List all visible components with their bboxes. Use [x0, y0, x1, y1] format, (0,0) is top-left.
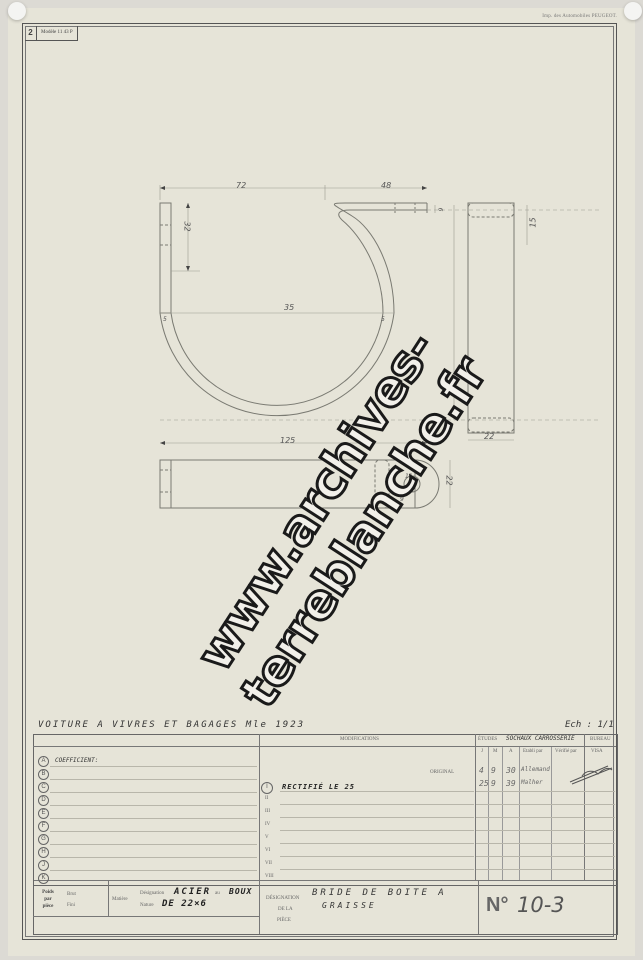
entry1-etabli: Allemand — [521, 766, 550, 773]
designation-piece-label-1: DÉSIGNATION — [266, 896, 299, 901]
row-rule — [280, 869, 474, 870]
col-m: M — [493, 749, 497, 754]
row-rule — [50, 805, 257, 806]
row-letter: B — [38, 769, 49, 780]
row-letter: E — [38, 808, 49, 819]
row-rule — [280, 804, 474, 805]
fini-label: Fini — [67, 903, 75, 908]
matiere-label: Matière — [112, 897, 128, 902]
divider — [108, 880, 109, 916]
bureau-label: BUREAU — [590, 737, 611, 742]
modification-num: VI — [265, 848, 270, 853]
row-letter: A — [38, 756, 49, 767]
col-verifie: Vérifié par — [555, 749, 577, 754]
number-prefix: N° — [486, 894, 508, 917]
row-rule — [50, 792, 257, 793]
entry2-m: 9 — [491, 779, 496, 788]
brut-label: Brut — [67, 892, 76, 897]
matiere-designation-2: BOUX — [229, 887, 252, 896]
scale-label: Ech : 1/1 — [565, 720, 614, 730]
row-rule — [50, 779, 257, 780]
dim-72: 72 — [236, 181, 246, 190]
left-strip — [160, 203, 171, 313]
dim-48: 48 — [381, 181, 391, 190]
designation-piece-label-3: PIÈCE — [277, 918, 291, 923]
divider — [502, 746, 503, 880]
row-rule — [280, 843, 474, 844]
row-letter: D — [38, 795, 49, 806]
piece-name-2: GRAISSE — [322, 901, 377, 910]
divider — [584, 734, 585, 880]
entry1-j: 4 — [479, 766, 484, 775]
dim-5-left: 5 — [163, 316, 167, 323]
modification-num: IV — [265, 822, 270, 827]
divider — [475, 734, 476, 880]
col-visa: VISA — [591, 749, 603, 754]
designation-piece-label-2: DE LA — [278, 907, 293, 912]
etudes-value: SOCHAUX CARROSSERIE — [506, 735, 575, 742]
modification-num: VII — [265, 861, 272, 866]
dim-5-right: 5 — [381, 316, 385, 323]
modification-num: V — [265, 835, 269, 840]
row-rule — [280, 830, 474, 831]
row-rule — [50, 818, 257, 819]
row-rule — [280, 856, 474, 857]
coefficient-label: COEFFICIENT: — [55, 757, 98, 764]
divider — [478, 880, 479, 934]
row-rule — [476, 869, 615, 870]
dim-22-bottom: 22 — [445, 475, 454, 485]
dim-15: 15 — [529, 217, 538, 227]
modification-num: III — [265, 809, 270, 814]
entry2-etabli: Malher — [521, 779, 543, 786]
entry1-a: 30 — [506, 766, 516, 775]
matiere-nature: DE 22×6 — [162, 899, 207, 909]
col-etabli: Etabli par — [523, 749, 543, 754]
dim-11: 11 — [405, 473, 413, 480]
row-rule — [476, 791, 615, 792]
row-letter: H — [38, 847, 49, 858]
col-j: J — [481, 749, 483, 754]
row-letter: J — [38, 860, 49, 871]
row-rule — [280, 817, 474, 818]
row-rule — [280, 791, 474, 792]
row-rule — [476, 817, 615, 818]
dim-125: 125 — [280, 436, 295, 445]
row-rule — [476, 804, 615, 805]
piece-name-1: BRIDE DE BOITE A — [312, 888, 447, 898]
designation-label: Désignation — [140, 891, 164, 896]
dim-35: 35 — [284, 303, 294, 312]
row-rule — [50, 766, 257, 767]
row-rule — [50, 844, 257, 845]
original-label: ORIGINAL — [430, 770, 454, 775]
dim-9: 9 — [400, 496, 404, 503]
dim-32: 32 — [183, 221, 192, 231]
etudes-label: ÉTUDES — [478, 737, 497, 742]
row-rule — [476, 830, 615, 831]
entry2-a: 39 — [506, 779, 516, 788]
divider — [259, 880, 260, 934]
title-block — [33, 734, 618, 886]
row-rule — [50, 870, 257, 871]
divider — [551, 746, 552, 880]
col-a: A — [509, 749, 513, 754]
modification-1-text: RECTIFIÉ LE 25 — [282, 783, 355, 791]
divider — [259, 734, 260, 880]
matiere-designation: ACIER — [174, 887, 211, 897]
row-letter: G — [38, 834, 49, 845]
divider — [33, 746, 616, 747]
drawing-number: 10-3 — [517, 893, 565, 917]
row-rule — [476, 843, 615, 844]
entry1-m: 9 — [491, 766, 496, 775]
modification-num: I — [261, 782, 273, 794]
divider — [33, 916, 259, 917]
divider — [488, 746, 489, 880]
visa-signature-icon — [568, 760, 616, 785]
row-letter: C — [38, 782, 49, 793]
modifications-header: MODIFICATIONS — [340, 737, 379, 742]
vehicle-title: VOITURE A VIVRES ET BAGAGES Mle 1923 — [38, 720, 305, 730]
modification-num: VIII — [265, 874, 274, 879]
entry2-j: 25 — [479, 779, 489, 788]
modification-num: II — [265, 796, 268, 801]
row-rule — [476, 856, 615, 857]
poids-label: Poids par pièce — [40, 889, 56, 910]
row-rule — [50, 831, 257, 832]
divider — [519, 746, 520, 880]
dim-6: 6 — [436, 208, 443, 212]
dim-22-side: 22 — [484, 432, 494, 441]
row-rule — [50, 857, 257, 858]
row-letter: F — [38, 821, 49, 832]
au-label: au — [215, 891, 220, 896]
nature-label: Nature — [140, 903, 154, 908]
